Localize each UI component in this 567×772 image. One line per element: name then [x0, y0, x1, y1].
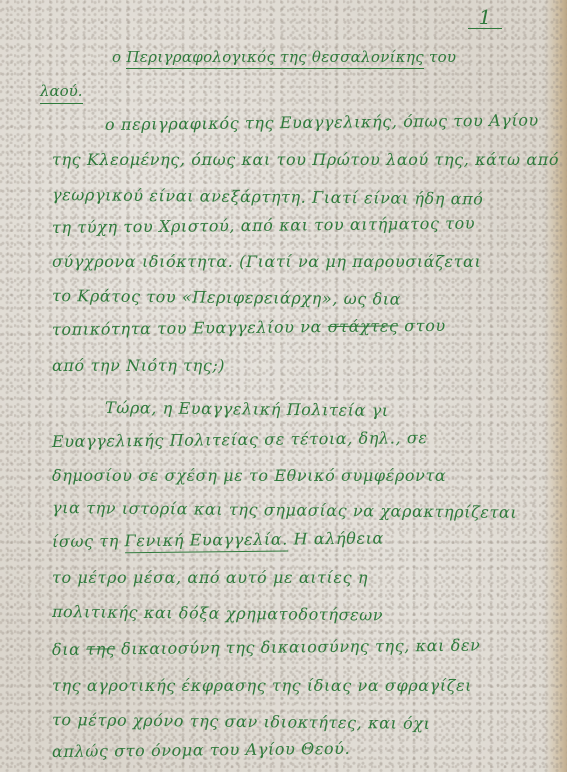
line-text: για την ιστορία και της σημασίας να χαρα… [52, 498, 517, 522]
manuscript-title: ο Περιγραφολογικός της θεσσαλονίκης του [112, 48, 456, 66]
handwritten-line: γεωργικού είναι ανεξάρτητη. Γιατί είναι … [52, 185, 484, 209]
line-text: τη τύχη του Χριστού, από και του αιτήματ… [52, 214, 475, 237]
line-text: δημοσίου σε σχέση με το Εθνικό συμφέροντ… [52, 466, 446, 485]
line-text: ίσως τη [52, 531, 119, 551]
line-text: από την Νιότη της;) [52, 356, 225, 375]
handwritten-line: για την ιστορία και της σημασίας να χαρα… [52, 498, 517, 522]
struck-word: της [86, 639, 115, 658]
handwritten-line: ίσως τη Γενική Ευαγγελία. Η αλήθεια [52, 529, 384, 551]
line-text: το μέτρο μέσα, από αυτό με αιτίες η [52, 568, 368, 587]
underlined-phrase: Γενική Ευαγγελία. [125, 530, 289, 554]
handwritten-line: Τώρα, η Ευαγγελική Πολιτεία γι [105, 398, 389, 420]
page-number: 1 [468, 6, 502, 29]
handwritten-line: το μέτρο μέσα, από αυτό με αιτίες η [52, 568, 368, 587]
line-text: το Κράτος του «Περιφερειάρχη», ως δια [52, 286, 401, 309]
line-text: πολιτικής και δόξα χρηματοδοτήσεων [52, 602, 383, 624]
line-text-after: δικαιοσύνη της δικαιοσύνης της, και δεν [121, 636, 481, 659]
line-text: Τώρα, η Ευαγγελική Πολιτεία γι [105, 398, 389, 420]
line-text: της Κλεομένης, όπως και του Πρώτου λαού … [52, 150, 559, 169]
handwritten-line: το Κράτος του «Περιφερειάρχη», ως δια [52, 286, 401, 309]
line-text: τοπικότητα του Ευαγγελίου να [52, 317, 322, 339]
title-underlined: Περιγραφολογικός της θεσσαλονίκης [126, 48, 424, 69]
title-suffix: του [429, 48, 456, 66]
handwritten-line: πολιτικής και δόξα χρηματοδοτήσεων [52, 602, 383, 624]
handwritten-line: δημοσίου σε σχέση με το Εθνικό συμφέροντ… [52, 466, 446, 485]
handwritten-line: απλώς στο όνομα του Αγίου Θεού. [52, 739, 350, 761]
handwritten-line: της αγροτικής έκφρασης της ίδιας να σφρα… [52, 676, 472, 695]
handwritten-line: σύγχρονα ιδιόκτητα. (Γιατί να μη παρουσι… [52, 252, 481, 271]
title-continuation: λαού. [40, 82, 83, 104]
handwritten-line: τοπικότητα του Ευαγγελίου να στάχτες στο… [52, 316, 446, 339]
handwritten-line: από την Νιότη της;) [52, 356, 225, 375]
line-text: το μέτρο χρόνο της σαν ιδιοκτήτες, και ό… [52, 710, 431, 733]
handwritten-line: της Κλεομένης, όπως και του Πρώτου λαού … [52, 150, 559, 169]
line-text: δια [52, 640, 81, 659]
struck-word: στάχτες [328, 316, 399, 336]
title-prefix: ο [112, 48, 121, 66]
line-text: γεωργικού είναι ανεξάρτητη. Γιατί είναι … [52, 185, 484, 209]
line-text-after: στου [404, 316, 446, 335]
line-text-after: Η αλήθεια [293, 529, 383, 549]
handwritten-line: δια της δικαιοσύνη της δικαιοσύνης της, … [52, 636, 481, 659]
line-text: σύγχρονα ιδιόκτητα. (Γιατί να μη παρουσι… [52, 252, 481, 271]
manuscript-page: 1 ο Περιγραφολογικός της θεσσαλονίκης το… [0, 0, 567, 772]
line-text: Ευαγγελικής Πολιτείας σε τέτοια, δηλ., σ… [52, 428, 428, 451]
handwritten-line: τη τύχη του Χριστού, από και του αιτήματ… [52, 214, 475, 237]
handwritten-line: Ευαγγελικής Πολιτείας σε τέτοια, δηλ., σ… [52, 428, 428, 451]
line-text: ο περιγραφικός της Ευαγγελικής, όπως του… [105, 110, 539, 134]
line-text: της αγροτικής έκφρασης της ίδιας να σφρα… [52, 676, 472, 695]
line-text: απλώς στο όνομα του Αγίου Θεού. [52, 739, 350, 761]
handwritten-line: το μέτρο χρόνο της σαν ιδιοκτήτες, και ό… [52, 710, 431, 733]
handwritten-line: ο περιγραφικός της Ευαγγελικής, όπως του… [105, 110, 539, 134]
